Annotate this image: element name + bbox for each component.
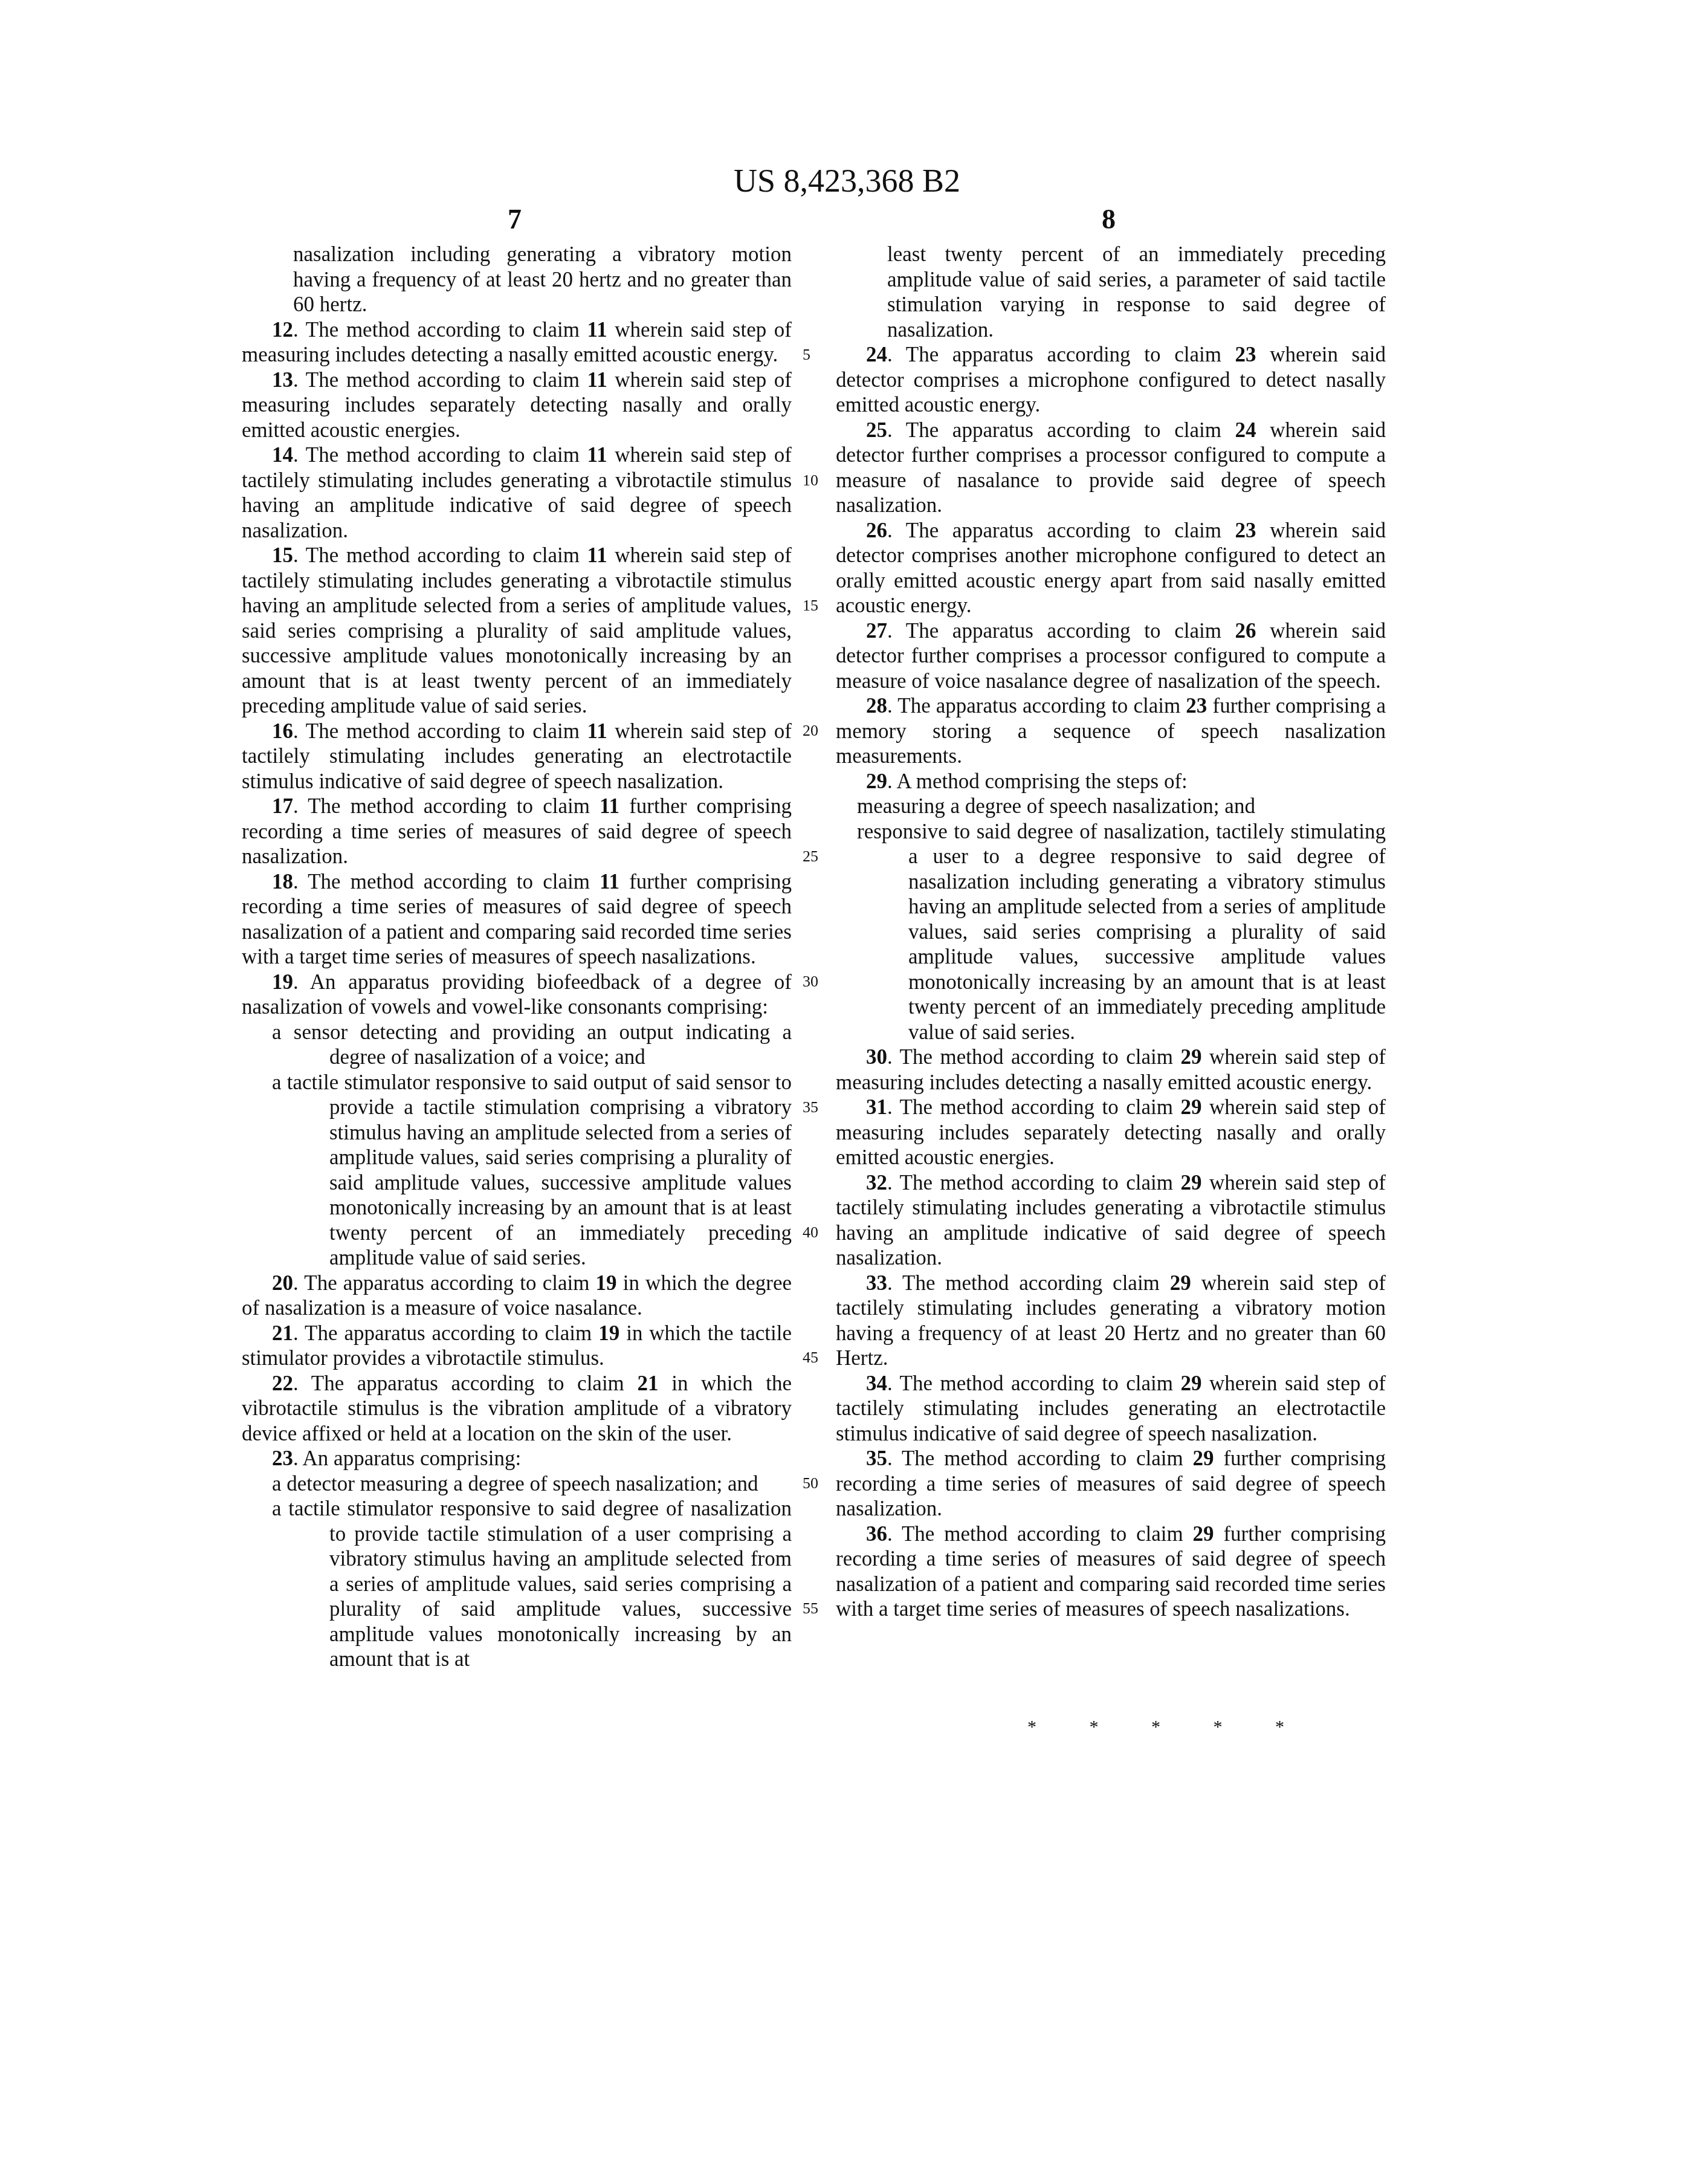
claim-29-step-1: measuring a degree of speech nasalizatio… [836, 794, 1386, 819]
claim-18: 18. The method according to claim 11 fur… [242, 869, 792, 970]
left-column: nasalization including generating a vibr… [242, 242, 792, 1672]
claim-13: 13. The method according to claim 11 whe… [242, 368, 792, 443]
line-number: 45 [803, 1349, 818, 1367]
line-number: 35 [803, 1098, 818, 1116]
line-number: 55 [803, 1599, 818, 1618]
patent-number-header: US 8,423,368 B2 [0, 162, 1694, 199]
claim-23: 23. An apparatus comprising: [242, 1446, 792, 1471]
claim-35: 35. The method according to claim 29 fur… [836, 1446, 1386, 1521]
claim-12: 12. The method according to claim 11 whe… [242, 317, 792, 368]
claim-19-element-2: a tactile stimulator responsive to said … [242, 1070, 792, 1271]
line-number: 5 [803, 346, 810, 364]
claim-11-continuation: nasalization including generating a vibr… [242, 242, 792, 317]
line-number: 25 [803, 847, 818, 866]
column-number-left: 7 [508, 203, 522, 235]
claim-23-element-2: a tactile stimulator responsive to said … [242, 1496, 792, 1672]
claim-31: 31. The method according to claim 29 whe… [836, 1095, 1386, 1170]
claim-15: 15. The method according to claim 11 whe… [242, 543, 792, 719]
claim-17: 17. The method according to claim 11 fur… [242, 794, 792, 869]
claim-16: 16. The method according to claim 11 whe… [242, 719, 792, 794]
right-column: least twenty percent of an immediately p… [836, 242, 1386, 1622]
claim-33: 33. The method according claim 29 wherei… [836, 1271, 1386, 1371]
claim-32: 32. The method according to claim 29 whe… [836, 1170, 1386, 1271]
line-number: 40 [803, 1223, 818, 1242]
claim-19: 19. An apparatus providing biofeedback o… [242, 970, 792, 1020]
claim-36: 36. The method according to claim 29 fur… [836, 1521, 1386, 1622]
claim-23-element-1: a detector measuring a degree of speech … [242, 1471, 792, 1497]
line-number: 30 [803, 973, 818, 991]
claim-27: 27. The apparatus according to claim 26 … [836, 618, 1386, 694]
claim-26: 26. The apparatus according to claim 23 … [836, 518, 1386, 618]
claim-28: 28. The apparatus according to claim 23 … [836, 693, 1386, 769]
line-number: 10 [803, 471, 818, 490]
claim-23-continuation: least twenty percent of an immediately p… [836, 242, 1386, 342]
claim-20: 20. The apparatus according to claim 19 … [242, 1271, 792, 1321]
end-of-claims-marker: * * * * * [1027, 1717, 1308, 1737]
claim-14: 14. The method according to claim 11 whe… [242, 442, 792, 543]
claim-19-element-1: a sensor detecting and providing an outp… [242, 1020, 792, 1070]
claim-34: 34. The method according to claim 29 whe… [836, 1371, 1386, 1447]
line-number: 15 [803, 597, 818, 615]
claim-29-step-2: responsive to said degree of nasalizatio… [836, 819, 1386, 1045]
claim-21: 21. The apparatus according to claim 19 … [242, 1321, 792, 1371]
claim-22: 22. The apparatus according to claim 21 … [242, 1371, 792, 1447]
claim-25: 25. The apparatus according to claim 24 … [836, 418, 1386, 518]
claim-29: 29. A method comprising the steps of: [836, 769, 1386, 794]
line-number: 20 [803, 722, 818, 740]
claim-30: 30. The method according to claim 29 whe… [836, 1045, 1386, 1095]
column-number-right: 8 [1102, 203, 1116, 235]
claim-24: 24. The apparatus according to claim 23 … [836, 342, 1386, 418]
line-number: 50 [803, 1474, 818, 1492]
